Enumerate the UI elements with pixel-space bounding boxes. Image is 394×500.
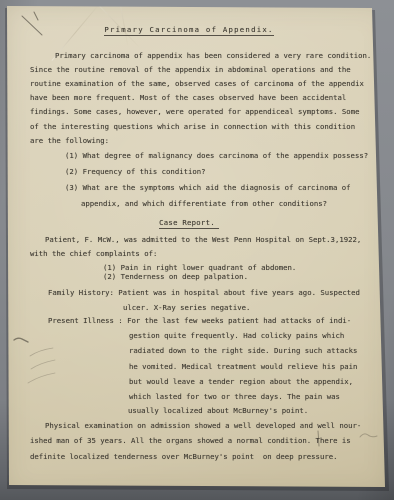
question-line: appendix, and which differentiate from o… (81, 199, 327, 208)
present-illness-line: Present Illness : For the last few weeks… (48, 316, 351, 325)
complaint-line: (1) Pain in right lower quadrant of abdo… (103, 263, 296, 272)
case-report-heading: Case Report. (0, 218, 378, 227)
intro-line: findings. Some cases, however, were oper… (30, 107, 359, 116)
physical-exam-line: Physical examination on admission showed… (45, 421, 361, 430)
intro-line: of the interesting questions which arise… (30, 122, 355, 131)
question-line: (1) What degree of malignancy does carci… (65, 151, 368, 160)
question-line: (2) Frequency of this condition? (65, 167, 206, 176)
intro-line: have been more frequent. Most of the cas… (30, 93, 346, 102)
question-line: (3) What are the symptoms which aid the … (65, 183, 351, 192)
intro-line: Since the routine removal of the appendi… (30, 65, 351, 74)
physical-exam-line: definite localized tenderness over McBur… (30, 452, 338, 461)
present-illness-line: usually localized about McBurney's point… (128, 406, 308, 415)
intro-line: are the following: (30, 136, 109, 145)
document-page: Primary Carcinoma of Appendix. Primary c… (0, 0, 394, 500)
present-illness-line: radiated down to the right side. During … (129, 346, 357, 355)
present-illness-line: gestion quite frequently. Had colicky pa… (129, 331, 344, 340)
complaint-line: (2) Tenderness on deep palpation. (103, 272, 248, 281)
photograph-backdrop: Primary Carcinoma of Appendix. Primary c… (0, 0, 394, 500)
intro-line: routine examination of the same, observe… (30, 79, 364, 88)
family-history-line: Family History: Patient was in hospital … (48, 288, 360, 297)
present-illness-line: he vomited. Medical treatment would reli… (129, 362, 357, 371)
family-history-line: ulcer. X-Ray series negative. (123, 303, 250, 312)
intro-line: Primary carcinoma of appendix has been c… (55, 51, 371, 60)
admission-line: with the chief complaints of: (30, 249, 157, 258)
present-illness-line: which lasted for two or three days. The … (129, 392, 340, 401)
present-illness-line: but would leave a tender region about th… (129, 377, 353, 386)
document-title: Primary Carcinoma of Appendix. (0, 25, 378, 34)
typewritten-text: Primary Carcinoma of Appendix. Primary c… (0, 0, 394, 500)
admission-line: Patient, F. McW., was admitted to the We… (45, 235, 361, 244)
physical-exam-line: ished man of 35 years. All the organs sh… (30, 436, 351, 445)
